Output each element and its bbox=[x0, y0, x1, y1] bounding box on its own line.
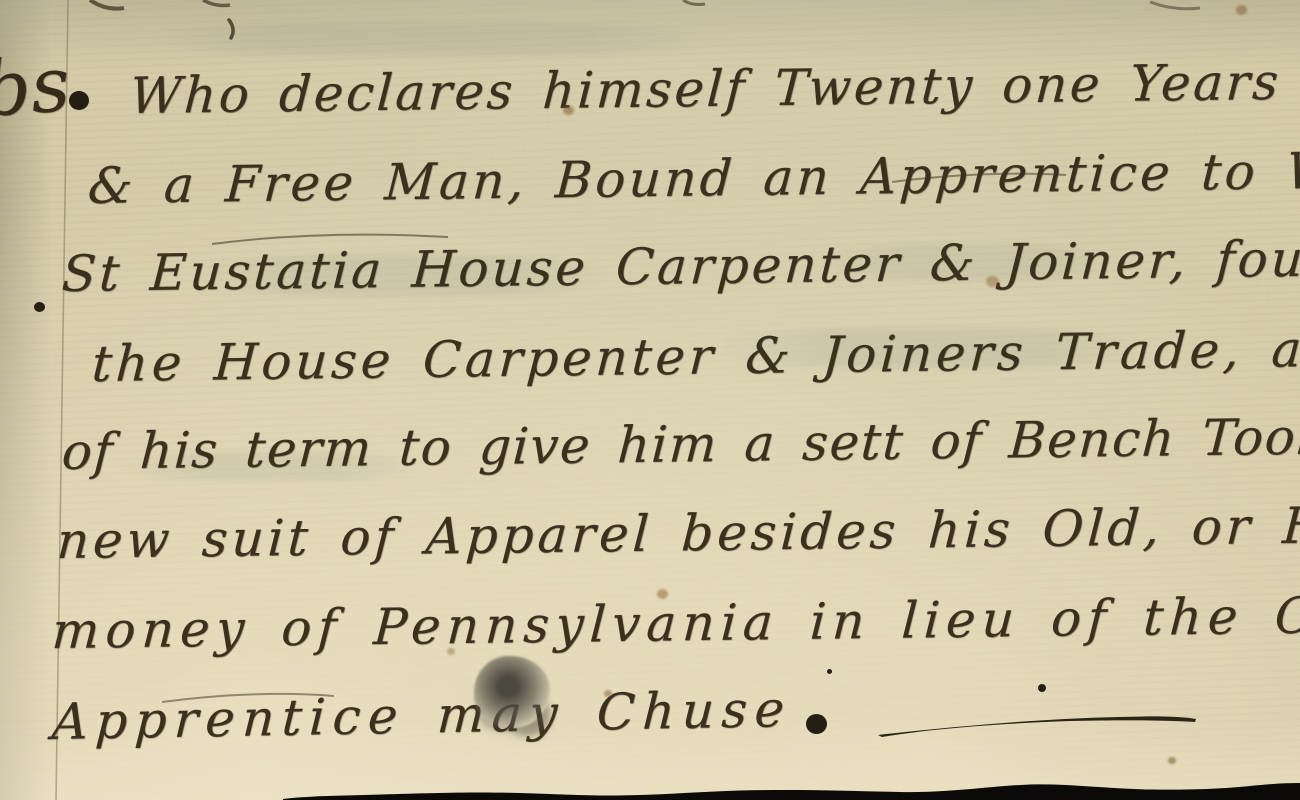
ink-dot bbox=[806, 714, 827, 734]
manuscript-line: & a Free Man, Bound an Apprentice to W bbox=[86, 139, 1300, 218]
ink-dot bbox=[34, 302, 45, 312]
foxing-speck bbox=[1236, 5, 1247, 15]
manuscript-line: the House Carpenter & Joiners Trade, an bbox=[90, 317, 1300, 396]
manuscript-line: Who declares himself Twenty one Years o bbox=[128, 49, 1300, 128]
manuscript-line: new suit of Apparel besides his Old, or … bbox=[55, 493, 1300, 573]
clipped-text-remnant bbox=[203, 0, 230, 5]
ink-dot bbox=[1038, 684, 1046, 692]
foxing-speck bbox=[657, 589, 668, 599]
clipped-text-remnant bbox=[683, 0, 705, 5]
manuscript-page: bs Who declares himself Twenty one Years… bbox=[0, 0, 1300, 800]
foxing-speck bbox=[447, 648, 455, 655]
ink-dot bbox=[827, 669, 832, 674]
manuscript-line: money of Pennsylvania in lieu of the Cl bbox=[50, 583, 1300, 663]
manuscript-line: of his term to give him a sett of Bench … bbox=[60, 404, 1300, 484]
manuscript-line: St Eustatia House Carpenter & Joiner, fo… bbox=[60, 226, 1300, 306]
bleedthrough-smudge bbox=[150, 22, 710, 56]
ink-dot bbox=[69, 91, 89, 110]
foxing-speck bbox=[604, 690, 612, 697]
stray-comma-mark bbox=[229, 20, 233, 38]
clipped-text-remnant bbox=[1150, 2, 1200, 9]
ink-blot bbox=[474, 656, 550, 728]
page-bottom-edge bbox=[283, 783, 1300, 800]
clipped-text-remnant bbox=[90, 0, 124, 9]
closing-dash-flourish bbox=[878, 716, 1196, 737]
foxing-speck bbox=[1168, 757, 1176, 764]
foxing-speck bbox=[986, 276, 999, 287]
manuscript-line: Apprentice may Chuse bbox=[50, 677, 793, 754]
foxing-speck bbox=[563, 106, 574, 115]
margin-word-fragment: bs bbox=[0, 39, 73, 134]
